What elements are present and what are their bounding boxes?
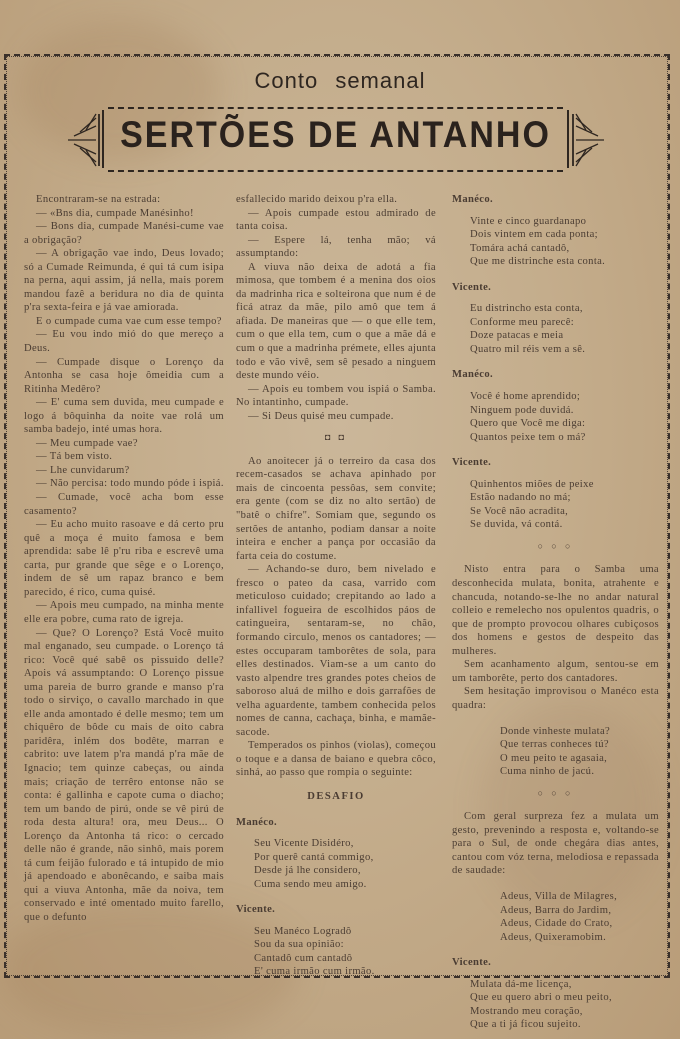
verse-line: Mostrando meu coração,: [470, 1005, 659, 1019]
verse-line: Quinhentos miões de peixe: [470, 478, 659, 492]
paragraph: Com geral surpreza fez a mulata um gesto…: [452, 810, 659, 878]
title-frame: SERTÕES DE ANTANHO: [102, 110, 569, 168]
verse-line: E' cuma irmão cum irmão.: [254, 965, 436, 979]
verse-line: Adeus, Quixeramobim.: [500, 931, 659, 945]
paragraph: — Bons dia, cumpade Manési-cume vae a ob…: [24, 220, 224, 247]
verse-stanza: Mulata dá-me licença, Que eu quero abri …: [470, 978, 659, 1032]
verse-line: Seu Manéco Logradô: [254, 925, 436, 939]
paragraph: Sem acanhamento algum, sentou-se em um t…: [452, 658, 659, 685]
desafio-heading: DESAFIO: [236, 790, 436, 804]
verse-stanza: Vinte e cinco guardanapo Dois vintem em …: [470, 215, 659, 269]
verse-line: Desde já lhe considero,: [254, 864, 436, 878]
verse-stanza: Você é home aprendido; Ninguem pode duvi…: [470, 390, 659, 444]
paragraph: Temperados os pinhos (violas), começou o…: [236, 739, 436, 780]
verse-stanza: Quinhentos miões de peixe Estão nadando …: [470, 478, 659, 532]
verse-line: Ninguem pode duvidá.: [470, 404, 659, 418]
paragraph: E o cumpade cuma vae cum esse tempo?: [24, 315, 224, 329]
verse-line: Se duvida, vá contá.: [470, 518, 659, 532]
paragraph: — Eu vou indo mió do que mereço a Deus.: [24, 328, 224, 355]
speaker-label: Manéco.: [452, 193, 659, 207]
flourish-ornament-left-icon: [66, 112, 102, 168]
verse-line: Eu distrincho esta conta,: [470, 302, 659, 316]
verse-stanza: Seu Vicente Disidéro, Por querê cantá co…: [254, 837, 436, 891]
paragraph: — Não percisa: todo mundo póde i ispiá.: [24, 477, 224, 491]
paragraph: — Apois cumpade estou admirado de tanta …: [236, 207, 436, 234]
verse-line: Sou da sua opinião:: [254, 938, 436, 952]
verse-line: Cuma sendo meu amigo.: [254, 878, 436, 892]
verse-line: Dois vintem em cada ponta;: [470, 228, 659, 242]
verse-line: O meu peito te agasaia,: [500, 752, 659, 766]
verse-line: Adeus, Barra do Jardim,: [500, 904, 659, 918]
speaker-label: Vicente.: [452, 281, 659, 295]
paragraph: — Apois meu cumpado, na minha mente elle…: [24, 599, 224, 626]
verse-line: Vinte e cinco guardanapo: [470, 215, 659, 229]
section-separator: ○ ○ ○: [452, 787, 659, 801]
paragraph: — Meu cumpade vae?: [24, 437, 224, 451]
verse-line: Que me distrinche esta conta.: [470, 255, 659, 269]
paragraph: Nisto entra para o Samba uma desconhecid…: [452, 563, 659, 658]
verse-line: Quero que Você me diga:: [470, 417, 659, 431]
verse-line: Tomára achá cantadô,: [470, 242, 659, 256]
verse-line: Seu Vicente Disidéro,: [254, 837, 436, 851]
verse-stanza: Adeus, Villa de Milagres, Adeus, Barra d…: [500, 890, 659, 944]
verse-line: Quantos peixe tem o má?: [470, 431, 659, 445]
paragraph: — Eu acho muito rasoave e dá certo pru q…: [24, 518, 224, 599]
text-column-1: Encontraram-se na estrada: — «Bns dia, c…: [24, 193, 224, 925]
paragraph: — Tá bem visto.: [24, 450, 224, 464]
text-column-2: esfallecido marido deixou p'ra ella. — A…: [236, 193, 436, 979]
flourish-ornament-right-icon: [570, 112, 606, 168]
verse-line: Mulata dá-me licença,: [470, 978, 659, 992]
verse-line: Cuma ninho de jacú.: [500, 765, 659, 779]
paragraph: Sem hesitação improvisou o Manéco esta q…: [452, 685, 659, 712]
verse-line: Quatro mil réis vem a sê.: [470, 343, 659, 357]
speaker-label: Manéco.: [452, 368, 659, 382]
paragraph: — Cumpade disque o Lorenço da Antonha se…: [24, 356, 224, 397]
section-separator: ○ ○ ○: [452, 540, 659, 554]
paragraph: — Que? O Lorenço? Está Você muito mal en…: [24, 627, 224, 925]
verse-line: Por querê cantá commigo,: [254, 851, 436, 865]
verse-line: Que terras conheces tú?: [500, 738, 659, 752]
speaker-label: Vicente.: [452, 456, 659, 470]
verse-line: Que a ti já ficou sujeito.: [470, 1018, 659, 1032]
paragraph: A viuva não deixa de adotá a fia mimosa,…: [236, 261, 436, 383]
paragraph: — Cumade, você acha bom esse casamento?: [24, 491, 224, 518]
paragraph: — Lhe cunvidarum?: [24, 464, 224, 478]
section-kicker: Conto semanal: [0, 68, 680, 94]
paragraph: — A obrigação vae indo, Deus lovado; só …: [24, 247, 224, 315]
verse-stanza: Donde vinheste mulata? Que terras conhec…: [500, 725, 659, 779]
paragraph: esfallecido marido deixou p'ra ella.: [236, 193, 436, 207]
paragraph: Ao anoitecer já o terreiro da casa dos r…: [236, 455, 436, 563]
speaker-label: Vicente.: [236, 903, 436, 917]
paragraph: — Achando-se duro, bem nivelado e fresco…: [236, 563, 436, 739]
speaker-label: Manéco.: [236, 816, 436, 830]
verse-stanza: Seu Manéco Logradô Sou da sua opinião: C…: [254, 925, 436, 979]
paragraph: — Espere lá, tenha mão; vá assumptando:: [236, 234, 436, 261]
verse-line: Você é home aprendido;: [470, 390, 659, 404]
story-title: SERTÕES DE ANTANHO: [104, 114, 567, 157]
verse-line: Donde vinheste mulata?: [500, 725, 659, 739]
paragraph: — Apois eu tombem vou ispiá o Samba. No …: [236, 383, 436, 410]
verse-line: Cantadô cum cantadô: [254, 952, 436, 966]
verse-line: Adeus, Villa de Milagres,: [500, 890, 659, 904]
verse-line: Estão nadando no má;: [470, 491, 659, 505]
verse-line: Conforme meu parecê:: [470, 316, 659, 330]
verse-line: Doze patacas e meia: [470, 329, 659, 343]
paragraph: — «Bns dia, cumpade Manésinho!: [24, 207, 224, 221]
verse-stanza: Eu distrincho esta conta, Conforme meu p…: [470, 302, 659, 356]
verse-line: Adeus, Cidade do Crato,: [500, 917, 659, 931]
text-column-3: Manéco. Vinte e cinco guardanapo Dois vi…: [452, 193, 659, 1032]
verse-line: Se Você não acradita,: [470, 505, 659, 519]
section-separator: ◘ ◘: [236, 431, 436, 445]
speaker-label: Vicente.: [452, 956, 659, 970]
paragraph: Encontraram-se na estrada:: [24, 193, 224, 207]
verse-line: Que eu quero abri o meu peito,: [470, 991, 659, 1005]
paragraph: — Si Deus quisé meu cumpade.: [236, 410, 436, 424]
paragraph: — E' cuma sem duvida, meu cumpade e logo…: [24, 396, 224, 437]
